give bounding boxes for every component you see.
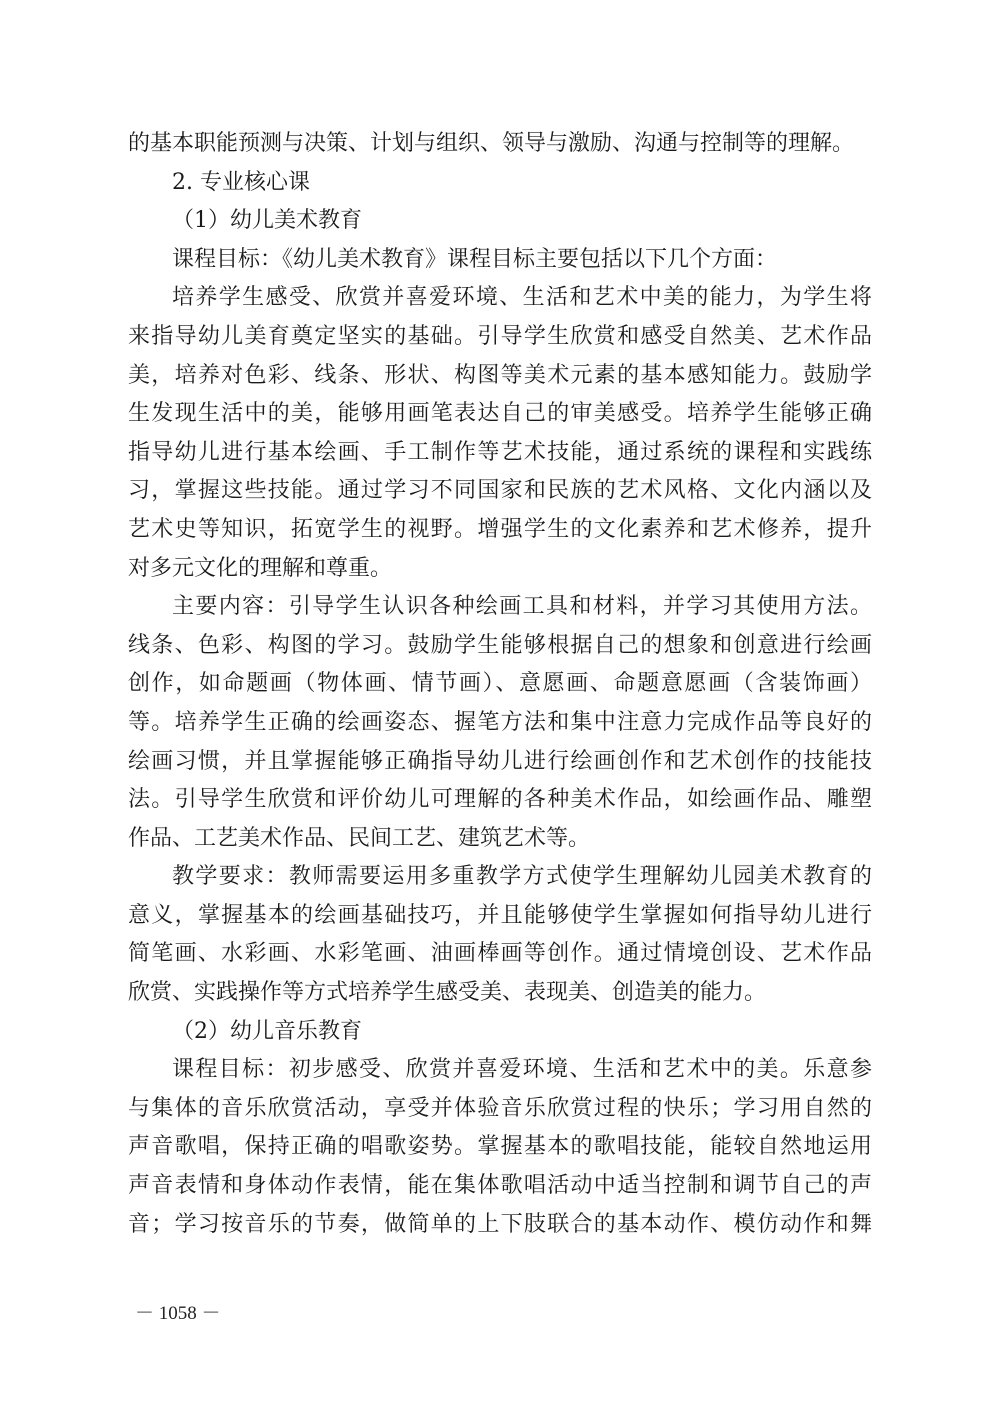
text-line: 来指导幼儿美育奠定坚实的基础。引导学生欣赏和感受自然美、艺术作品 <box>128 318 872 357</box>
text-line: 欣赏、实践操作等方式培养学生感受美、表现美、创造美的能力。 <box>128 974 872 1013</box>
text-line: 指导幼儿进行基本绘画、手工制作等艺术技能，通过系统的课程和实践练 <box>128 434 872 473</box>
text-line: 课程目标：《幼儿美术教育》课程目标主要包括以下几个方面： <box>128 241 872 280</box>
text-line: 简笔画、水彩画、水彩笔画、油画棒画等创作。通过情境创设、艺术作品 <box>128 935 872 974</box>
text-line: （2）幼儿音乐教育 <box>128 1013 872 1052</box>
text-line: 声音歌唱，保持正确的唱歌姿势。掌握基本的歌唱技能，能较自然地运用 <box>128 1128 872 1167</box>
text-line: 创作，如命题画（物体画、情节画）、意愿画、命题意愿画（含装饰画） <box>128 665 872 704</box>
text-line: 习，掌握这些技能。通过学习不同国家和民族的艺术风格、文化内涵以及 <box>128 472 872 511</box>
document-body: 的基本职能预测与决策、计划与组织、领导与激励、沟通与控制等的理解。2. 专业核心… <box>128 125 872 1244</box>
text-line: 意义，掌握基本的绘画基础技巧，并且能够使学生掌握如何指导幼儿进行 <box>128 897 872 936</box>
text-line: 音；学习按音乐的节奏，做简单的上下肢联合的基本动作、模仿动作和舞 <box>128 1206 872 1245</box>
text-line: 作品、工艺美术作品、民间工艺、建筑艺术等。 <box>128 820 872 859</box>
text-line: 绘画习惯，并且掌握能够正确指导幼儿进行绘画创作和艺术创作的技能技 <box>128 743 872 782</box>
text-line: 主要内容：引导学生认识各种绘画工具和材料，并学习其使用方法。 <box>128 588 872 627</box>
text-line: 线条、色彩、构图的学习。鼓励学生能够根据自己的想象和创意进行绘画 <box>128 627 872 666</box>
text-line: 培养学生感受、欣赏并喜爱环境、生活和艺术中美的能力，为学生将 <box>128 279 872 318</box>
text-line: 与集体的音乐欣赏活动，享受并体验音乐欣赏过程的快乐；学习用自然的 <box>128 1090 872 1129</box>
text-line: 声音表情和身体动作表情，能在集体歌唱活动中适当控制和调节自己的声 <box>128 1167 872 1206</box>
text-line: 2. 专业核心课 <box>128 164 872 203</box>
text-line: 美，培养对色彩、线条、形状、构图等美术元素的基本感知能力。鼓励学 <box>128 357 872 396</box>
text-line: 教学要求：教师需要运用多重教学方式使学生理解幼儿园美术教育的 <box>128 858 872 897</box>
text-line: 法。引导学生欣赏和评价幼儿可理解的各种美术作品，如绘画作品、雕塑 <box>128 781 872 820</box>
text-line: （1）幼儿美术教育 <box>128 202 872 241</box>
text-line: 对多元文化的理解和尊重。 <box>128 550 872 589</box>
text-line: 课程目标：初步感受、欣赏并喜爱环境、生活和艺术中的美。乐意参 <box>128 1051 872 1090</box>
text-line: 生发现生活中的美，能够用画笔表达自己的审美感受。培养学生能够正确 <box>128 395 872 434</box>
text-line: 艺术史等知识，拓宽学生的视野。增强学生的文化素养和艺术修养，提升 <box>128 511 872 550</box>
page-number: － 1058 － <box>135 1298 221 1325</box>
text-line: 的基本职能预测与决策、计划与组织、领导与激励、沟通与控制等的理解。 <box>128 125 872 164</box>
text-line: 等。培养学生正确的绘画姿态、握笔方法和集中注意力完成作品等良好的 <box>128 704 872 743</box>
